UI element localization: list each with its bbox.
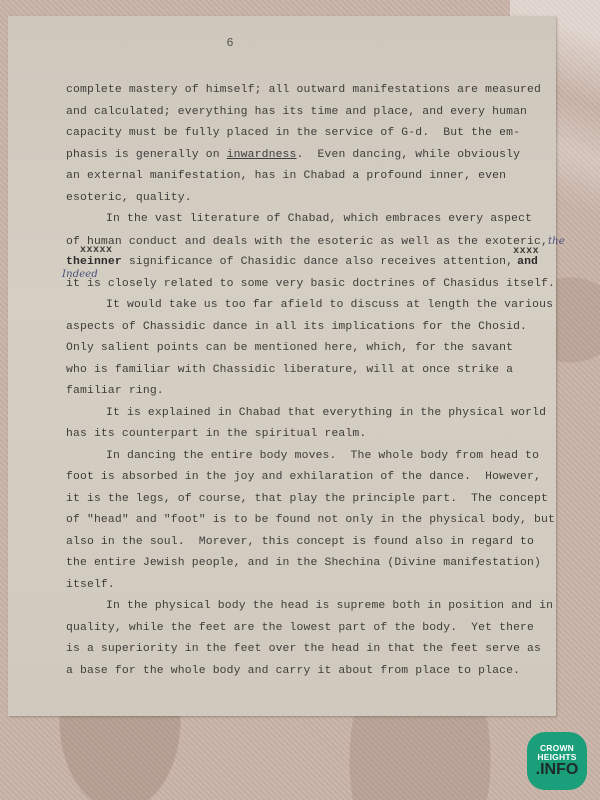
page-number: 6	[8, 36, 556, 50]
paragraph-start: In the physical body the head is supreme…	[66, 596, 536, 618]
text-segment: it is closely related to some very basic…	[66, 278, 555, 290]
typewritten-page: 6 complete mastery of himself; all outwa…	[8, 16, 556, 716]
text-line: the entire Jewish people, and in the She…	[66, 553, 536, 575]
text-line: itself.	[66, 575, 536, 597]
text-line: of human conduct and deals with the esot…	[66, 231, 536, 253]
text-line: complete mastery of himself; all outward…	[66, 80, 536, 102]
text-segment: of human conduct and deals with the esot…	[66, 236, 548, 248]
text-line: who is familiar with Chassidic liberatur…	[66, 360, 536, 382]
x-out-marks: xxxx	[513, 247, 539, 257]
handwritten-insertion: Indeed	[62, 264, 98, 286]
text-line: is a superiority in the feet over the he…	[66, 639, 536, 661]
text-line: foot is absorbed in the joy and exhilara…	[66, 467, 536, 489]
x-out-marks: xxxxx	[80, 246, 113, 256]
text-line: Only salient points can be mentioned her…	[66, 338, 536, 360]
text-line: it is the legs, of course, that play the…	[66, 489, 536, 511]
crownheights-info-watermark-logo: CROWN HEIGHTS .INFO	[527, 732, 587, 790]
text-line: phasis is generally on inwardness. Even …	[66, 145, 536, 167]
text-line: capacity must be fully placed in the ser…	[66, 123, 536, 145]
page-body: complete mastery of himself; all outward…	[66, 80, 536, 682]
paragraph-start: It would take us too far afield to discu…	[66, 295, 536, 317]
text-line: Indeedit is closely related to some very…	[66, 274, 536, 296]
text-line: also in the soul. Morever, this concept …	[66, 532, 536, 554]
paragraph-start: In dancing the entire body moves. The wh…	[66, 446, 536, 468]
struck-out-word-end: xxxxand	[517, 256, 538, 268]
text-line-with-corrections: xxxxxtheinner significance of Chasidic d…	[66, 252, 536, 274]
text-line: esoteric, quality.	[66, 188, 536, 210]
text-line: an external manifestation, has in Chabad…	[66, 166, 536, 188]
text-segment: . Even dancing, while obviously	[297, 149, 521, 161]
paragraph-start: It is explained in Chabad that everythin…	[66, 403, 536, 425]
text-line: quality, while the feet are the lowest p…	[66, 618, 536, 640]
text-line: has its counterpart in the spiritual rea…	[66, 424, 536, 446]
text-line: a base for the whole body and carry it a…	[66, 661, 536, 683]
underlined-word: inwardness	[227, 149, 297, 161]
paragraph-start: In the vast literature of Chabad, which …	[66, 209, 536, 231]
text-line: familiar ring.	[66, 381, 536, 403]
text-line: and calculated; everything has its time …	[66, 102, 536, 124]
text-line: of "head" and "foot" is to be found not …	[66, 510, 536, 532]
text-line: aspects of Chassidic dance in all its im…	[66, 317, 536, 339]
text-segment: significance of Chasidic dance also rece…	[122, 256, 513, 268]
handwritten-insertion: the	[548, 236, 565, 247]
text-segment: phasis is generally on	[66, 149, 227, 161]
logo-line-3: .INFO	[536, 762, 579, 778]
logo-line-2: HEIGHTS	[537, 753, 576, 762]
